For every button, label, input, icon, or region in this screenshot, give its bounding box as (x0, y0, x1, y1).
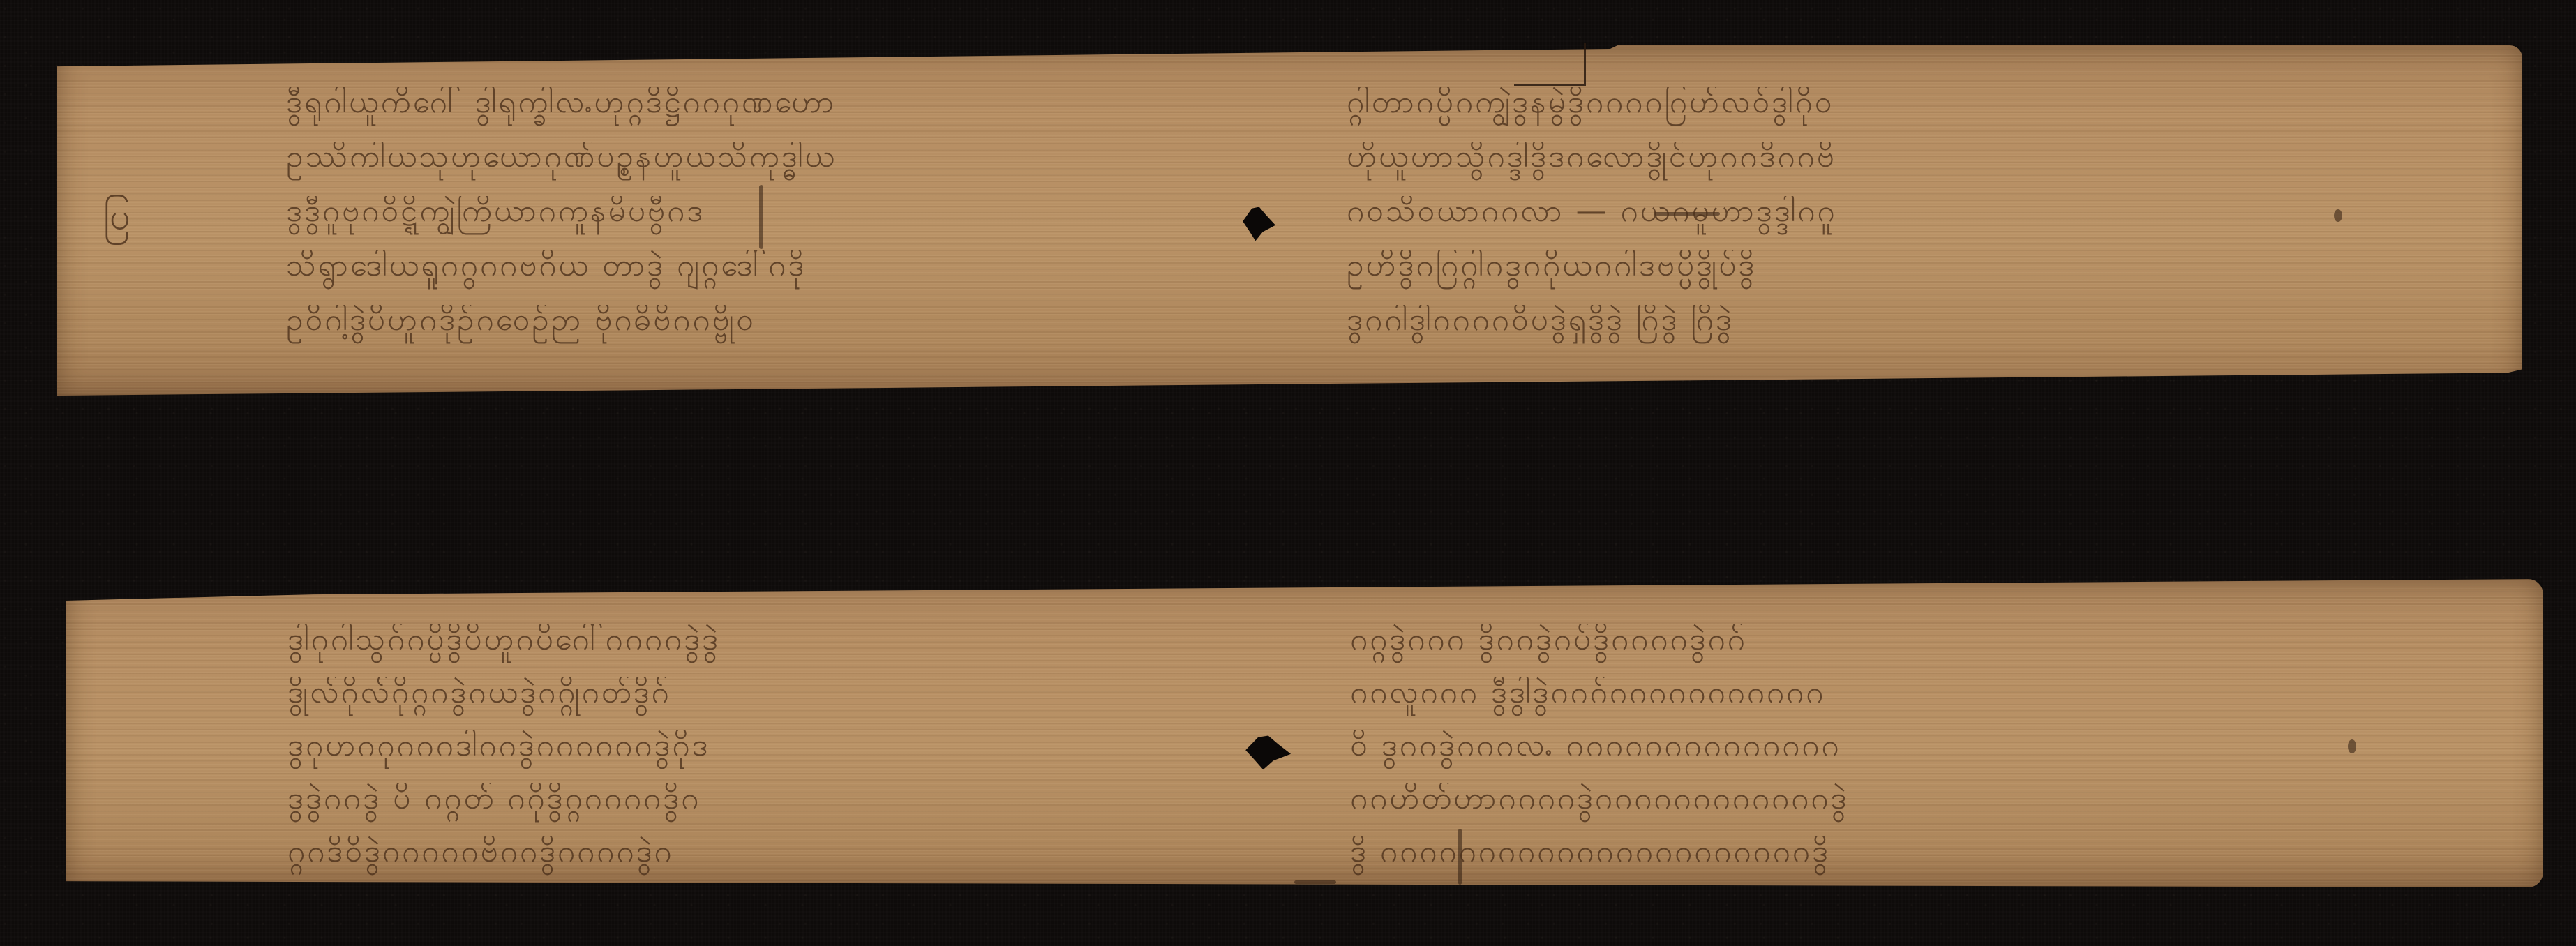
bottom-leaf-right-text: ဂဂ္ဂဒွဲဂဂဂ ဒွိဂဂဒွဲဂပ်ဒွိဂဂဂဂဒွဲဂဂ် ဂဂလူ… (1350, 624, 2355, 889)
text-line: ဂဂ္ဂဒွဲဂဂဂ ဒွိဂဂဒွဲဂပ်ဒွိဂဂဂဂဒွဲဂဂ် (1350, 624, 2355, 666)
text-line: ဂဂဟိတ်ဟာဂဂဂဂဒွဲဂဂဂဂဂဂဂဂဂဂဂဂဒွဲ (1350, 783, 2355, 825)
ink-smudge (1294, 880, 1336, 884)
text-line: ဂ္ဂဂဒိဝိဒွဲဂဂဂဂဂဗိဂဂဒွိဂဂဂဂဒွဲဂ (287, 836, 1188, 878)
text-line: ဒွဂုဟဂဂုဂဂဂဒါဂဂဒွဲဂဂဂဂဂဂဒွဲဂိုဒ (287, 730, 1188, 772)
text-line: ဂဝသိဝယာဂဂလာ — ဂယဂမူဟာဒွဒ္ဒါဂဂူ (1347, 196, 2337, 238)
leaf-number-mark: ပြ (103, 194, 130, 247)
manuscript-scene: ပြ ဒွီရုဂါယူကိဂေါ် ဒွါရုက္ခါလႉဟုဂ္ဂဒိဋ္ဌ… (0, 0, 2576, 946)
text-line: ဒွိ ဂဂဂဂဂဂဂဂဂဂဂဂဂဂဂဂဂဂဂဂဂဂဒွိ (1350, 836, 2355, 878)
text-line: ဂဂလူဂဂဂ ဒွီဒွါဒွဲဂဂဂ်ဂဂဂဂဂဂဂဂဂဂဂ (1350, 677, 2355, 719)
top-leaf-right-text: ဂ္ဂါတာဂပ္ပိဂကျွဲဒွနမွဲဒွိဂဂဂဂဂြဟ်လဝ်ဒွါဂ… (1347, 87, 2337, 366)
text-line: ဝိ ဒွဂဂဒွဲဂဂဂလႉ ဂဂဂဂဂဂဂဂဂဂဂဂဂဂ (1350, 730, 2355, 772)
text-line: ဥဝိဂါ့ဒွဲပိဟူဂဒိုဉ်ဂဝေဉ်ဉာ ဗိုဂဓိဗိဂဂဗ္ဗ… (286, 305, 1186, 347)
text-line: ဟိုယူဟာသွိဂဒ္ဒါဒွိဒဂလောဒွိုင်ဟုဂဂဒိဂဂဗိ (1347, 142, 2337, 183)
bottom-leaf-left-text: ဒွါဂုဂါသွဂ်ဂပ္ပိဒွိပိဟူဂပိဂေါ်ဂဂဂဂဒွဲဒွဲ… (287, 624, 1188, 889)
text-line: ဒွဒွီဂူဗုဂဝိဋ္ဋိကျွဲကြိယာဂကူနမိပဗွီဂဒ (286, 196, 1186, 238)
text-line: ဥဟိဒွိဂဂြဂ္ဂါဂဒွဂဂိုယဂဂါဒဗပ္ပိဒွိုပ်ဒွိ (1347, 250, 2337, 292)
text-line: ဒွဂဂါဒွါဂဂဂဂဝိပဒွဲရှဒွိဒွဲ ဂြိဒွဲ ဂြိဒွဲ (1347, 305, 2337, 347)
text-line: ဒွီရုဂါယူကိဂေါ် ဒွါရုက္ခါလႉဟုဂ္ဂဒိဋ္ဌိဂဂ… (286, 87, 1186, 129)
text-line: ဒွဒွဲဂဂဒွဲ ပိ ဂဂ္ဂတ် ဂဂိုဒွိဂ္ဂဂဂဂဂဒွိဂ (287, 783, 1188, 825)
text-line: ဂ္ဂါတာဂပ္ပိဂကျွဲဒွနမွဲဒွိဂဂဂဂဂြဟ်လဝ်ဒွါဂ… (1347, 87, 2337, 129)
text-line: ဒွါဂုဂါသွဂ်ဂပ္ပိဒွိပိဟူဂပိဂေါ်ဂဂဂဂဒွဲဒွဲ (287, 624, 1188, 666)
top-leaf-left-text: ဒွီရုဂါယူကိဂေါ် ဒွါရုက္ခါလႉဟုဂ္ဂဒိဋ္ဌိဂဂ… (286, 87, 1186, 366)
text-line: ဥဿိကါယသုဟုယောဂုဏ်ပဉ္စနဟူယသိကုဒ္ဓါယ (286, 142, 1186, 183)
text-line: သိရွာဒေါယရူဂဂွဂဂဗဂိယ တာဒွဲ ဂျဂ္ဂဒေါ်ဂဒို (286, 250, 1186, 292)
text-line: ဒွိုလ်ဂိုလ်ဂိုဂ္ဂဂဒွဲဂယဒွဲဂဂ္ဂိုဂတ်ဒွိဂ် (287, 677, 1188, 719)
